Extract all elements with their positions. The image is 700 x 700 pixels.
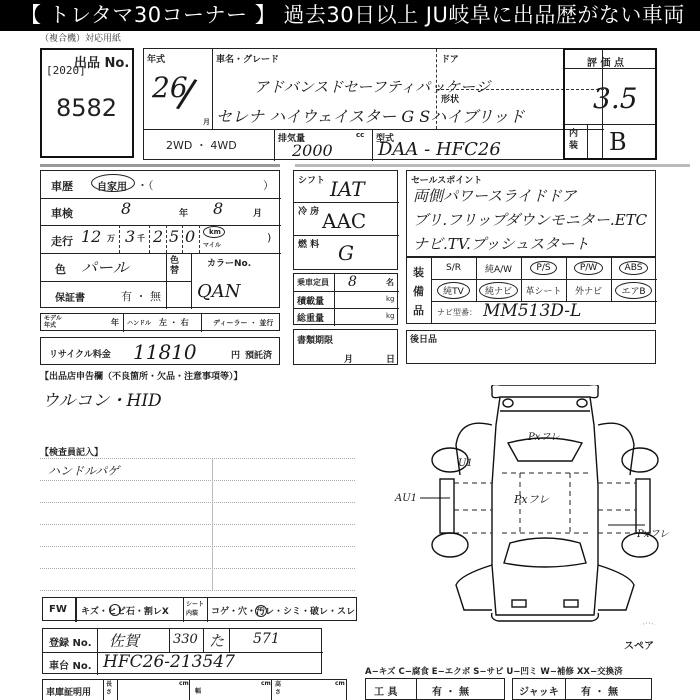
shape-label: 形状 [441, 92, 459, 105]
mark-rear: Pxフレ [528, 428, 560, 443]
interior-label: 内装 [569, 128, 581, 152]
registration-kana: た [209, 630, 224, 651]
score-value: 3.5 [593, 82, 638, 115]
mileage-man: 12 [81, 227, 101, 246]
score-box: 評 価 点 3.5 内装 B [563, 48, 657, 160]
lot-number: 8582 [56, 94, 117, 122]
vehicle-info-box: 車歴 自家用 ・（ ） 車検 8 年 8 月 走行 12 万 3 千 2 5 0… [40, 170, 280, 308]
tools-options: 有 ・ 無 [432, 683, 469, 698]
later-items-label: 後日品 [410, 332, 437, 345]
sales-point-line-3: ナビ.TV.プッシュスタート [413, 233, 589, 254]
fw-items: キズ・ヒビ石・割レX [81, 604, 169, 617]
seller-notes-label: 【出品店申告欄（不良箇所・欠品・注意事項等）】 [40, 369, 243, 382]
history-label: 車歴 [51, 178, 73, 194]
sales-points-box: セールスポイント 両側パワースライドドア ブリ.フリップダウンモニター.ETC … [406, 170, 656, 258]
shift-label: シフト [298, 173, 325, 186]
capacity-unit: 名 [386, 277, 394, 288]
warranty-options: 有 ・ 無 [121, 288, 161, 304]
inspection-month-label: 月 [253, 206, 262, 219]
jack-box: ジャッキ 有 ・ 無 [512, 678, 652, 700]
equipment-box: 装備品 S/R純A/WP/SP/WABS 純TV純ナビ革シート外ナビエアB ナビ… [406, 256, 656, 324]
year-label: 年式 [147, 52, 165, 65]
load-unit: kg [386, 295, 395, 303]
model-year-unit: 年 [111, 317, 119, 328]
damage-legend: A−キズ C−腐食 E−エクボ S−サビ U−凹ミ W−補修 XX−交換済 [365, 665, 623, 677]
doc-deadline-month: 月 [344, 352, 353, 365]
registration-pref: 佐賀 [109, 630, 139, 651]
capacity-label: 乗車定員 [297, 277, 329, 288]
gross-unit: kg [386, 312, 395, 320]
model-year-row: モデル年式 年 ハンドル 左 ・ 右 ディーラー ・ 並行 [40, 313, 280, 331]
capacity-box: 乗車定員 8 名 積載量 kg 総重量 kg [293, 273, 398, 325]
mileage-digit-1: 2 [153, 227, 163, 246]
handle-label: ハンドル [127, 318, 151, 327]
equipment-item: 革シート [521, 279, 566, 301]
garage-length-unit: cm [179, 680, 189, 687]
tools-box: 工 具 有 ・ 無 [365, 678, 505, 700]
capacity-value: 8 [348, 274, 357, 290]
mileage-label: 走行 [51, 233, 73, 249]
equipment-item: エアB [611, 279, 656, 301]
inspection-year-label: 年 [179, 206, 188, 219]
banner-title: 【 トレタマ30コーナー 】 過去30日以上 JU岐阜に出品歴がない車両 [0, 0, 700, 31]
sales-point-line-2: ブリ.フリップダウンモニター.ETC [413, 209, 647, 230]
registration-number: 571 [253, 631, 280, 647]
doc-deadline-box: 書類期限 月 日 [293, 329, 398, 365]
equipment-item: ABS [611, 257, 656, 279]
equipment-item: P/S [521, 257, 566, 279]
handle-options: 左 ・ 右 [159, 317, 189, 328]
spare-label: スペア [624, 637, 654, 652]
door-label: ドア [441, 52, 459, 65]
tools-label: 工 具 [374, 683, 397, 698]
gross-label: 総重量 [297, 311, 324, 324]
garage-length-label: 長さ [106, 681, 114, 697]
inspection-year-value: 8 [121, 199, 131, 218]
mileage-sen-label: 千 [137, 233, 145, 244]
name-grade-line2: セレナ ハイウェイスター G Sハイブリッド [216, 104, 524, 127]
mark-left-front: U1 [458, 458, 473, 469]
garage-label: 車庫証明用 [46, 685, 91, 698]
seller-notes-value: ウルコン・HID [42, 386, 162, 411]
garage-width-unit: cm [261, 680, 271, 687]
navi-model-value: MM513D-L [483, 301, 581, 321]
color-value: パール [81, 255, 129, 278]
equipment-item: 外ナビ [566, 279, 611, 301]
fuel-label: 燃 料 [298, 237, 319, 250]
warranty-label: 保証書 [55, 289, 85, 304]
inspection-label: 車検 [51, 205, 73, 221]
mark-roof: Pxフレ [514, 491, 549, 507]
model-year-label: モデル年式 [44, 315, 66, 329]
chassis-label: 車台 No. [49, 657, 92, 672]
mileage-mile-label: マイル [203, 240, 221, 249]
recycle-value: 11810 [133, 340, 197, 364]
seat-label: シート内装 [186, 600, 204, 618]
mark-left-side: AU1 [395, 493, 417, 504]
registration-class: 330 [173, 632, 198, 647]
equipment-item: 純ナビ [476, 279, 521, 301]
garage-height-unit: cm [335, 680, 345, 687]
shift-ac-fuel-box: シフト IAT 冷 房 AAC 燃 料 G [293, 170, 398, 270]
ac-value: AAC [322, 209, 366, 233]
history-rest: ・（ [137, 177, 154, 193]
inspector-label: 【検査員記入】 [40, 445, 103, 458]
equipment-item: P/W [566, 257, 611, 279]
mileage-digit-2: 5 [169, 227, 179, 246]
inspector-value: ハンドルパゲ [48, 462, 119, 479]
doc-deadline-day: 日 [386, 352, 395, 365]
recycle-label: リサイクル料金 [49, 347, 111, 360]
fw-label: FW [49, 604, 67, 615]
recycle-status: 預託済 [245, 348, 272, 361]
garage-width-label: 幅 [195, 686, 201, 695]
mileage-sen: 3 [125, 227, 135, 246]
sales-point-line-1: 両側パワースライドドア [413, 185, 576, 206]
equipment-label: 装備品 [413, 263, 425, 320]
model-code-value: DAA - HFC26 [378, 139, 501, 160]
mileage-digit-3: 0 [185, 227, 195, 246]
shift-value: IAT [330, 177, 365, 201]
later-items-box: 後日品 [406, 330, 656, 364]
equipment-item: 純TV [431, 279, 476, 301]
seat-items: コゲ・穴・汚レ・シミ・破レ・スレ [211, 604, 355, 617]
year-month-label: 月 [203, 117, 210, 127]
jack-label: ジャッキ [519, 683, 559, 698]
registration-label: 登録 No. [49, 634, 92, 649]
garage-height-label: 高さ [275, 681, 283, 697]
color-change-label: 色替 [170, 256, 182, 276]
score-label: 評 価 点 [587, 54, 624, 69]
fuel-value: G [338, 241, 354, 265]
mileage-man-label: 万 [107, 233, 115, 244]
equipment-item: 純A/W [476, 257, 521, 279]
inspection-month-value: 8 [213, 199, 223, 218]
drive-options: 2WD ・ 4WD [166, 137, 237, 153]
form-note: （複合機）対応用紙 [40, 31, 121, 44]
doc-deadline-label: 書類期限 [297, 333, 333, 346]
recycle-row: リサイクル料金 11810 円 預託済 [40, 337, 280, 365]
navi-model-label: ナビ型番： [437, 307, 477, 318]
displacement-unit: cc [356, 131, 364, 139]
chassis-value: HFC26-213547 [103, 652, 235, 672]
fw-row: FW キズ・ヒビ石・割レX シート内装 コゲ・穴・汚レ・シミ・破レ・スレ [42, 597, 357, 621]
jack-options: 有 ・ 無 [581, 683, 618, 698]
color-label: 色 [55, 261, 66, 277]
ac-label: 冷 房 [298, 204, 319, 217]
history-close: ） [263, 177, 274, 193]
load-label: 積載量 [297, 294, 324, 307]
dealer-options: ディーラー ・ 並行 [213, 318, 273, 328]
color-no-value: QAN [197, 281, 241, 302]
mark-right-side: Pxフレ [637, 525, 669, 540]
name-grade-label: 車名・グレード [216, 52, 279, 65]
equipment-item: S/R [431, 257, 476, 279]
color-no-label: カラーNo. [207, 256, 251, 269]
lot-number-box: 出品 No. [2020] 8582 [40, 48, 134, 158]
vehicle-header-box: 年式 26 / 月 車名・グレード アドバンスドセーフティパッケージ セレナ ハ… [143, 48, 603, 160]
lot-year-stamp: [2020] [46, 64, 86, 77]
garage-row: 車庫証明用 長さ cm 幅 cm 高さ cm [42, 679, 347, 700]
displacement-value: 2000 [292, 141, 333, 160]
recycle-unit: 円 [231, 348, 240, 361]
registration-box: 登録 No. 佐賀 330 た 571 車台 No. HFC26-213547 [42, 628, 322, 674]
interior-value: B [609, 128, 627, 156]
